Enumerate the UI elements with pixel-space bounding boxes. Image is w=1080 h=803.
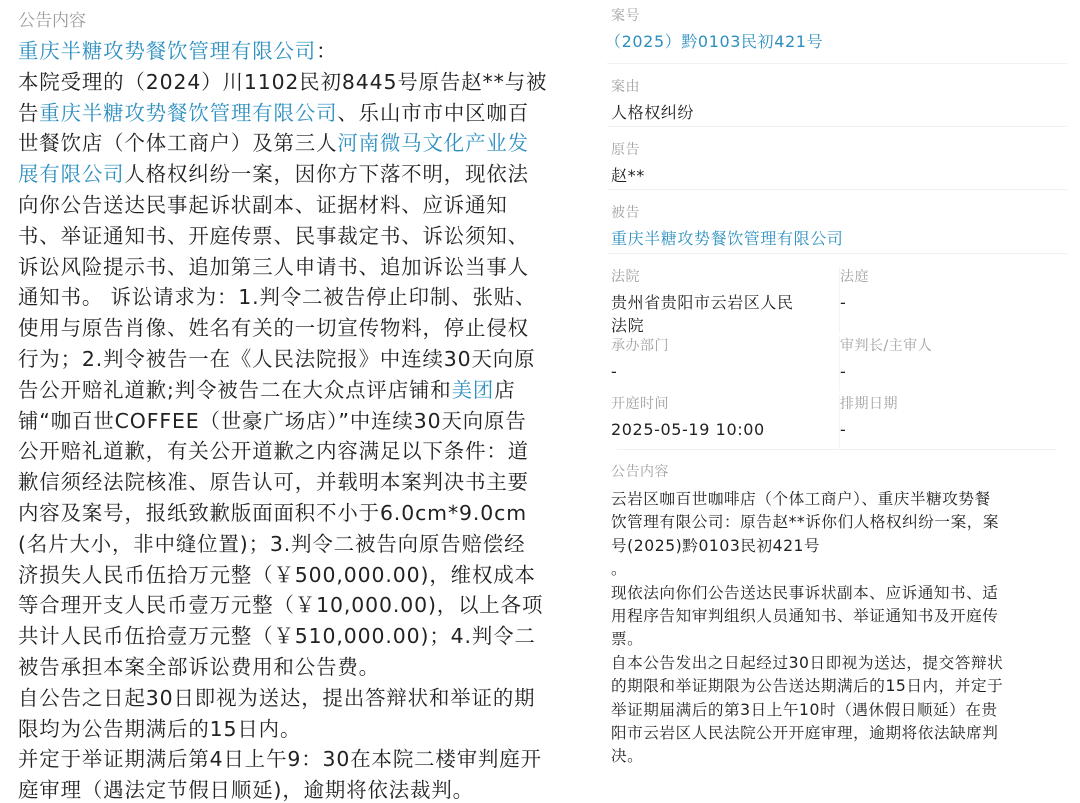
notice-text: 店	[494, 378, 515, 402]
notice-text: 通知书。 诉讼请求为：1.判令二被告停止印制、张贴、	[18, 285, 536, 309]
entity-link[interactable]: 河南微马文化产业发	[337, 131, 529, 155]
hearing-time-label: 开庭时间	[611, 394, 839, 414]
notice-line: 阳市云岩区人民法院公开开庭审理，逾期将依法缺席判	[611, 722, 1067, 745]
notice-text: 限均为公告期满后的15日内。	[18, 717, 301, 741]
notice-text: 本院受理的（2024）川1102民初8445号原告赵**与被	[18, 70, 547, 94]
judge-label: 审判长/主审人	[840, 336, 1067, 356]
court-value: 贵州省贵阳市云岩区人民 法院	[611, 291, 839, 337]
notice-line: 现依法向你们公告送达民事诉状副本、应诉通知书、适	[611, 582, 1067, 605]
hearing-row: 开庭时间 2025-05-19 10:00 排期日期 -	[611, 391, 1067, 449]
notice-line: 共计人民币伍拾壹万元整（￥510,000.00)；4.判令二	[18, 621, 566, 652]
notice-line: 并定于举证期满后第4日上午9：30在本院二楼审判庭开	[18, 744, 566, 775]
notice-line: 世餐饮店（个体工商户）及第三人河南微马文化产业发	[18, 128, 566, 159]
notice-line: 用程序告知审判组织人员通知书、举证通知书及开庭传	[611, 605, 1067, 628]
notice-text: 等合理开支人民币壹万元整（￥10,000.00)，以上各项	[18, 593, 543, 617]
notice-text: 人格权纠纷一案，因你方下落不明，现依法	[124, 162, 529, 186]
department-value: -	[611, 360, 839, 383]
cause-label: 案由	[611, 77, 1067, 97]
notice-line: 限均为公告期满后的15日内。	[18, 714, 566, 745]
notice-line: 济损失人民币伍拾万元整（￥500,000.00)，维权成本	[18, 560, 566, 591]
notice-field: 公告内容 云岩区咖百世咖啡店（个体工商户）、重庆半糖攻势餐饮管理有限公司：原告赵…	[611, 450, 1067, 769]
tribunal-field: 法庭 -	[839, 267, 1067, 333]
notice-text: 告	[18, 101, 39, 125]
plaintiff-field: 原告 赵**	[611, 127, 1067, 189]
entity-link[interactable]: 美团	[452, 378, 495, 402]
court-label: 法院	[611, 267, 839, 287]
notice-text: 、乐山市市中区咖百	[337, 101, 529, 125]
notice-line: 告重庆半糖攻势餐饮管理有限公司、乐山市市中区咖百	[18, 98, 566, 129]
hearing-time-value: 2025-05-19 10:00	[611, 418, 839, 441]
notice-text: 歉信须经法院核准、原告认可，并载明本案判决书主要	[18, 470, 529, 494]
cause-value: 人格权纠纷	[611, 101, 1067, 124]
tribunal-value: -	[840, 291, 1067, 314]
notice-line: 通知书。 诉讼请求为：1.判令二被告停止印制、张贴、	[18, 282, 566, 313]
notice-line: 铺“咖百世COFFEE（世豪广场店）”中连续30天向原告	[18, 406, 566, 437]
schedule-date-label: 排期日期	[840, 394, 1067, 414]
tribunal-label: 法庭	[840, 267, 1067, 287]
notice-line: 饮管理有限公司：原告赵**诉你们人格权纠纷一案，案	[611, 511, 1067, 534]
defendant-link[interactable]: 重庆半糖攻势餐饮管理有限公司	[611, 227, 1067, 250]
notice-line: 内容及案号，报纸致歉版面面积不小于6.0cm*9.0cm	[18, 498, 566, 529]
notice-text: 济损失人民币伍拾万元整（￥500,000.00)，维权成本	[18, 563, 536, 587]
schedule-date-value: -	[840, 418, 1067, 441]
notice-text: 书、举证通知书、开庭传票、民事裁定书、诉讼须知、	[18, 224, 529, 248]
court-field: 法院 贵州省贵阳市云岩区人民 法院	[611, 267, 839, 333]
left-notice-panel: 公告内容 重庆半糖攻势餐饮管理有限公司：本院受理的（2024）川1102民初84…	[18, 6, 566, 803]
notice-text: 告公开赔礼道歉;判令被告二在大众点评店铺和	[18, 378, 452, 402]
notice-text: 共计人民币伍拾壹万元整（￥510,000.00)；4.判令二	[18, 624, 536, 648]
cause-field: 案由 人格权纠纷	[611, 64, 1067, 126]
notice-line: 本院受理的（2024）川1102民初8445号原告赵**与被	[18, 67, 566, 98]
hearing-time-field: 开庭时间 2025-05-19 10:00	[611, 394, 839, 449]
notice-line: 决。	[611, 745, 1067, 768]
notice-line: 告公开赔礼道歉;判令被告二在大众点评店铺和美团店	[18, 375, 566, 406]
notice-value: 云岩区咖百世咖啡店（个体工商户）、重庆半糖攻势餐饮管理有限公司：原告赵**诉你们…	[611, 488, 1067, 769]
notice-line: 自公告之日起30日即视为送达，提出答辩状和举证的期	[18, 683, 566, 714]
notice-text: 自公告之日起30日即视为送达，提出答辩状和举证的期	[18, 686, 535, 710]
notice-line: 号(2025)黔0103民初421号	[611, 535, 1067, 558]
defendant-field: 被告 重庆半糖攻势餐饮管理有限公司	[611, 190, 1067, 253]
notice-line: 等合理开支人民币壹万元整（￥10,000.00)，以上各项	[18, 590, 566, 621]
notice-content-label: 公告内容	[18, 6, 566, 36]
notice-line: 的期限和举证期限为公告送达期满后的15日内，并定于	[611, 675, 1067, 698]
notice-text: 内容及案号，报纸致歉版面面积不小于6.0cm*9.0cm	[18, 501, 527, 525]
notice-line: 书、举证通知书、开庭传票、民事裁定书、诉讼须知、	[18, 221, 566, 252]
department-label: 承办部门	[611, 336, 839, 356]
notice-text: 向你公告送达民事起诉状副本、证据材料、应诉通知	[18, 193, 508, 217]
notice-text: 使用与原告肖像、姓名有关的一切宣传物料，停止侵权	[18, 316, 529, 340]
case-number-label: 案号	[611, 6, 1067, 26]
notice-text: 世餐饮店（个体工商户）及第三人	[18, 131, 337, 155]
notice-line: 公开赔礼道歉，有关公开道歉之内容满足以下条件：道	[18, 436, 566, 467]
notice-line: 被告承担本案全部诉讼费用和公告费。	[18, 652, 566, 683]
notice-line: 云岩区咖百世咖啡店（个体工商户）、重庆半糖攻势餐	[611, 488, 1067, 511]
department-row: 承办部门 - 审判长/主审人 -	[611, 333, 1067, 391]
judge-field: 审判长/主审人 -	[839, 336, 1067, 391]
court-value-line: 贵州省贵阳市云岩区人民	[611, 291, 839, 314]
plaintiff-value: 赵**	[611, 164, 1067, 187]
notice-text: 并定于举证期满后第4日上午9：30在本院二楼审判庭开	[18, 747, 542, 771]
case-detail-panel: 案号 （2025）黔0103民初421号 案由 人格权纠纷 原告 赵** 被告 …	[611, 6, 1067, 769]
plaintiff-label: 原告	[611, 140, 1067, 160]
notice-text: 公开赔礼道歉，有关公开道歉之内容满足以下条件：道	[18, 439, 529, 463]
notice-text: (名片大小，非中缝位置)；3.判令二被告向原告赔偿经	[18, 532, 525, 556]
notice-text: 被告承担本案全部诉讼费用和公告费。	[18, 655, 380, 679]
notice-line: 重庆半糖攻势餐饮管理有限公司：	[18, 36, 566, 67]
notice-text: 行为；2.判令被告一在《人民法院报》中连续30天向原	[18, 347, 535, 371]
notice-line: 庭审理（遇法定节假日顺延)，逾期将依法裁判。	[18, 775, 566, 803]
notice-text: 诉讼风险提示书、追加第三人申请书、追加诉讼当事人	[18, 255, 529, 279]
notice-line: 自本公告发出之日起经过30日即视为送达，提交答辩状	[611, 652, 1067, 675]
notice-text: 庭审理（遇法定节假日顺延)，逾期将依法裁判。	[18, 778, 474, 802]
notice-text: 铺“咖百世COFFEE（世豪广场店）”中连续30天向原告	[18, 409, 527, 433]
notice-line: 诉讼风险提示书、追加第三人申请书、追加诉讼当事人	[18, 252, 566, 283]
notice-text: ：	[316, 39, 337, 63]
notice-line: 展有限公司人格权纠纷一案，因你方下落不明，现依法	[18, 159, 566, 190]
case-number-field: 案号 （2025）黔0103民初421号	[611, 6, 1067, 63]
entity-link[interactable]: 展有限公司	[18, 162, 124, 186]
notice-line: 。	[611, 558, 1067, 581]
schedule-date-field: 排期日期 -	[839, 394, 1067, 449]
notice-content-body: 重庆半糖攻势餐饮管理有限公司：本院受理的（2024）川1102民初8445号原告…	[18, 36, 566, 803]
judge-value: -	[840, 360, 1067, 383]
notice-line: 举证期届满后的第3日上午10时（遇休假日顺延）在贵	[611, 699, 1067, 722]
defendant-label: 被告	[611, 203, 1067, 223]
notice-line: 歉信须经法院核准、原告认可，并载明本案判决书主要	[18, 467, 566, 498]
entity-link[interactable]: 重庆半糖攻势餐饮管理有限公司	[39, 101, 337, 125]
case-number-link[interactable]: （2025）黔0103民初421号	[605, 30, 1067, 53]
notice-line: 行为；2.判令被告一在《人民法院报》中连续30天向原	[18, 344, 566, 375]
court-row: 法院 贵州省贵阳市云岩区人民 法院 法庭 -	[611, 254, 1067, 333]
notice-line: 向你公告送达民事起诉状副本、证据材料、应诉通知	[18, 190, 566, 221]
notice-label: 公告内容	[611, 462, 1067, 482]
notice-line: 票。	[611, 628, 1067, 651]
entity-link[interactable]: 重庆半糖攻势餐饮管理有限公司	[18, 39, 316, 63]
department-field: 承办部门 -	[611, 336, 839, 391]
notice-line: (名片大小，非中缝位置)；3.判令二被告向原告赔偿经	[18, 529, 566, 560]
notice-line: 使用与原告肖像、姓名有关的一切宣传物料，停止侵权	[18, 313, 566, 344]
